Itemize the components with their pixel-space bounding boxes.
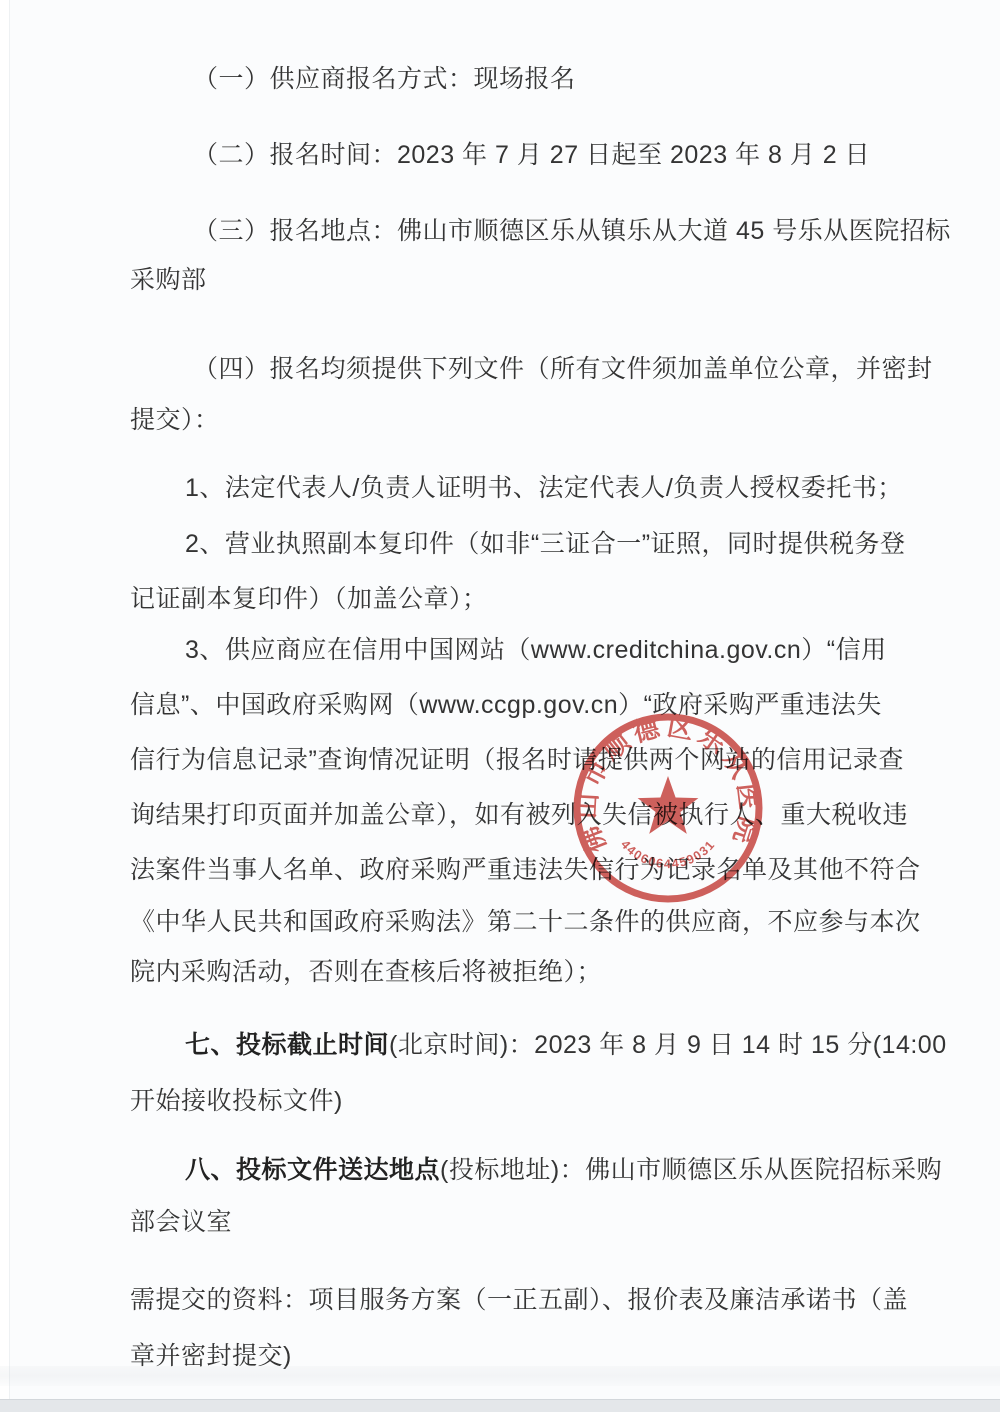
line-text: （一）供应商报名方式：现场报名 [193,65,576,93]
line-bold-prefix: 七、投标截止时间 [185,1031,389,1059]
doc-line-item-3-cont-6: 院内采购活动，否则在查核后将被拒绝）； [130,955,602,989]
line-text: 需提交的资料：项目服务方案（一正五副）、报价表及廉洁承诺书（盖 [130,1286,908,1314]
scan-edge-bottom [0,1399,1000,1412]
star-icon [638,776,699,834]
line-text: 询结果打印页面并加盖公章），如有被列入失信被执行人、重大税收违 [130,801,908,829]
doc-line-registration-place-cont: 采购部 [130,263,207,297]
scan-edge-left [0,0,10,1412]
scanned-document-page: （一）供应商报名方式：现场报名 （二）报名时间：2023 年 7 月 27 日起… [0,0,1000,1412]
seal-serial-textpath: 4406064459031 [618,837,718,871]
seal-serial-text: 4406064459031 [618,837,718,871]
doc-line-item-3-cont-3: 询结果打印页面并加盖公章），如有被列入失信被执行人、重大税收违 [130,798,908,832]
doc-line-item-3: 3、供应商应在信用中国网站（www.creditchina.gov.cn）“信用 [185,633,887,667]
line-text: （四）报名均须提供下列文件（所有文件须加盖单位公章，并密封 [193,355,933,383]
line-text: 信行为信息记录”查询情况证明（报名时请提供两个网站的信用记录查 [130,746,904,774]
line-text: 1、法定代表人/负责人证明书、法定代表人/负责人授权委托书； [185,474,903,502]
doc-line-bid-deadline: 七、投标截止时间(北京时间)：2023 年 8 月 9 日 14 时 15 分(… [185,1028,947,1062]
line-text: 法案件当事人名单、政府采购严重违法失信行为记录名单及其他不符合 [130,856,921,884]
line-text: 记证副本复印件）（加盖公章）； [130,585,488,613]
line-text: 提交）： [130,406,220,434]
line-text: （二）报名时间：2023 年 7 月 27 日起至 2023 年 8 月 2 日 [193,141,870,169]
doc-line-item-3-cont-5: 《中华人民共和国政府采购法》第二十二条件的供应商，不应参与本次 [130,905,921,939]
doc-line-registration-place: （三）报名地点：佛山市顺德区乐从镇乐从大道 45 号乐从医院招标 [193,214,951,248]
line-text: 开始接收投标文件) [130,1087,343,1115]
line-bold-prefix: 八、投标文件送达地点 [185,1156,440,1184]
line-text: (投标地址)：佛山市顺德区乐从医院招标采购 [440,1156,942,1184]
doc-line-item-2: 2、营业执照副本复印件（如非“三证合一”证照，同时提供税务登 [185,527,906,561]
line-text: 《中华人民共和国政府采购法》第二十二条件的供应商，不应参与本次 [130,908,921,936]
line-text: 部会议室 [130,1208,232,1236]
doc-line-item-3-cont-1: 信息”、中国政府采购网（www.ccgp.gov.cn）“政府采购严重违法失 [130,688,882,722]
line-text: 信息”、中国政府采购网（www.ccgp.gov.cn）“政府采购严重违法失 [130,691,882,719]
doc-line-required-documents-cont: 提交）： [130,403,220,437]
line-text: 3、供应商应在信用中国网站（www.creditchina.gov.cn）“信用 [185,636,887,664]
doc-line-item-1: 1、法定代表人/负责人证明书、法定代表人/负责人授权委托书； [185,471,903,505]
line-text: （三）报名地点：佛山市顺德区乐从镇乐从大道 45 号乐从医院招标 [193,217,951,245]
doc-line-delivery-address: 八、投标文件送达地点(投标地址)：佛山市顺德区乐从医院招标采购 [185,1153,942,1187]
doc-line-materials-required: 需提交的资料：项目服务方案（一正五副）、报价表及廉洁承诺书（盖 [130,1283,908,1317]
line-text: 采购部 [130,266,207,294]
line-text: 2、营业执照副本复印件（如非“三证合一”证照，同时提供税务登 [185,530,906,558]
doc-line-item-3-cont-4: 法案件当事人名单、政府采购严重违法失信行为记录名单及其他不符合 [130,853,921,887]
doc-line-registration-time: （二）报名时间：2023 年 7 月 27 日起至 2023 年 8 月 2 日 [193,138,870,172]
official-seal: 佛山市顺德区乐从医院 4406064459031 [568,708,768,908]
line-text: (北京时间)：2023 年 8 月 9 日 14 时 15 分(14:00 [389,1031,947,1059]
doc-line-delivery-address-cont: 部会议室 [130,1205,232,1239]
scan-artifact-band [0,1366,1000,1386]
doc-line-item-3-cont-2: 信行为信息记录”查询情况证明（报名时请提供两个网站的信用记录查 [130,743,904,777]
doc-line-item-2-cont: 记证副本复印件）（加盖公章）； [130,582,488,616]
doc-line-bid-deadline-cont: 开始接收投标文件) [130,1084,343,1118]
doc-line-required-documents: （四）报名均须提供下列文件（所有文件须加盖单位公章，并密封 [193,352,933,386]
line-text: 院内采购活动，否则在查核后将被拒绝）； [130,958,602,986]
doc-line-registration-method: （一）供应商报名方式：现场报名 [193,62,576,96]
